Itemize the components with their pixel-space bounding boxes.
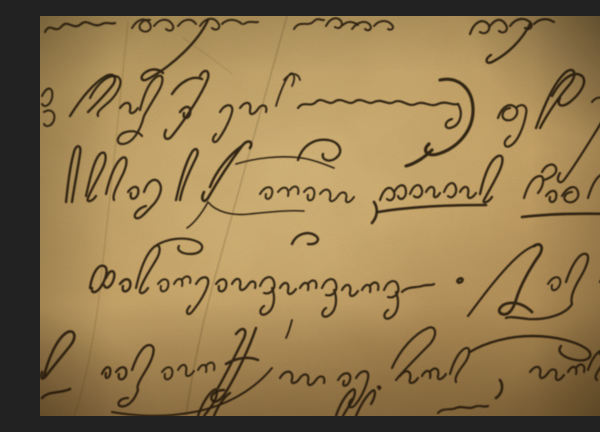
old-letter-photo: Historic cursive handwriting, largely il…	[40, 16, 600, 416]
paper-background	[40, 16, 600, 416]
